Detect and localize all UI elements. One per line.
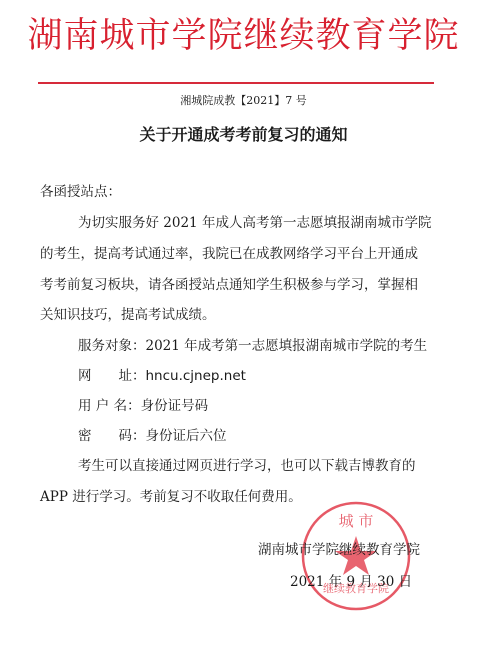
- header-divider: [38, 82, 434, 84]
- paragraph-line: 的考生，提高考试通过率，我院已在成教网络学习平台上开通成: [40, 239, 418, 269]
- info-label: 密 码：: [78, 421, 146, 451]
- info-row-service-target: 服务对象：2021 年成考第一志愿填报湖南城市学院的考生: [78, 331, 427, 361]
- organization-header: 湖南城市学院继续教育学院: [0, 14, 487, 58]
- info-value: 身份证号码: [141, 398, 209, 414]
- website-link[interactable]: hncu.cjnep.net: [146, 368, 246, 384]
- paragraph-line: 考生可以直接通过网页进行学习，也可以下载吉博教育的: [78, 451, 416, 481]
- signature-date: 2021 年 9 月 30 日: [290, 572, 412, 592]
- paragraph-line: 为切实服务好 2021 年成人高考第一志愿填报湖南城市学院: [78, 208, 431, 238]
- info-value: 身份证后六位: [146, 428, 227, 444]
- paragraph-line: 关知识技巧，提高考试成绩。: [40, 300, 216, 330]
- info-row-password: 密 码：身份证后六位: [78, 421, 227, 451]
- info-row-username: 用 户 名：身份证号码: [78, 391, 208, 421]
- paragraph-line: APP 进行学习。考前复习不收取任何费用。: [40, 482, 302, 512]
- info-label: 服务对象：: [78, 331, 146, 361]
- document-title: 关于开通成考考前复习的通知: [0, 124, 487, 146]
- salutation: 各函授站点：: [40, 177, 121, 207]
- document-number: 湘城院成教【2021】7 号: [0, 93, 487, 109]
- paragraph-line: 考考前复习板块，请各函授站点通知学生积极参与学习，掌握相: [40, 270, 418, 300]
- signature-organization: 湖南城市学院继续教育学院: [258, 540, 420, 560]
- info-row-website: 网 址：hncu.cjnep.net: [78, 361, 246, 391]
- info-value: 2021 年成考第一志愿填报湖南城市学院的考生: [146, 338, 428, 354]
- info-label: 用 户 名：: [78, 391, 141, 421]
- info-label: 网 址：: [78, 361, 146, 391]
- svg-text:城 市: 城 市: [339, 512, 374, 530]
